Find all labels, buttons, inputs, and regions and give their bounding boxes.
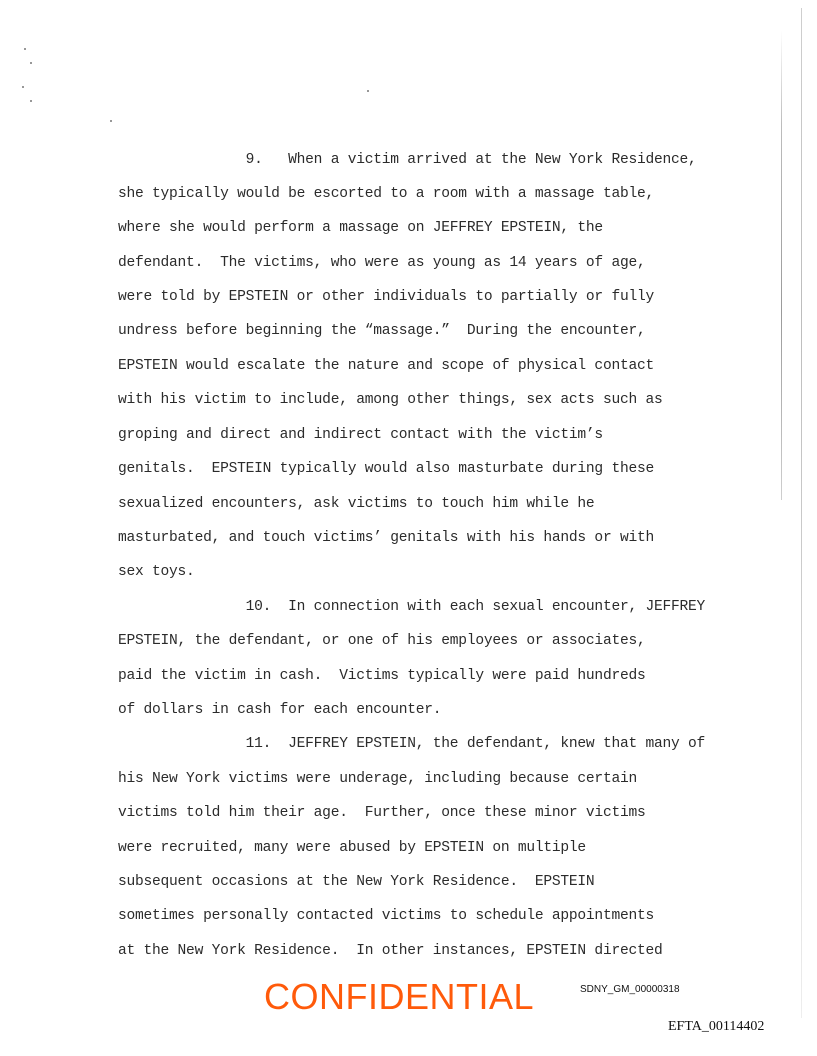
bates-number: SDNY_GM_00000318 xyxy=(580,984,680,995)
text-line: sometimes personally contacted victims t… xyxy=(118,908,654,924)
scan-speck xyxy=(24,48,26,50)
scan-speck xyxy=(30,62,32,64)
confidential-stamp: CONFIDENTIAL xyxy=(264,976,534,1018)
scan-speck xyxy=(30,100,32,102)
scan-edge-artifact xyxy=(801,8,802,1018)
efta-number: EFTA_00114402 xyxy=(668,1019,764,1035)
text-line: subsequent occasions at the New York Res… xyxy=(118,874,594,890)
scan-speck xyxy=(110,120,112,122)
text-line: sex toys. xyxy=(118,564,195,580)
text-line: his New York victims were underage, incl… xyxy=(118,771,637,787)
text-line: she typically would be escorted to a roo… xyxy=(118,186,654,202)
text-line: of dollars in cash for each encounter. xyxy=(118,702,441,718)
text-line: sexualized encounters, ask victims to to… xyxy=(118,496,594,512)
text-line-para-11-start: 11. JEFFREY EPSTEIN, the defendant, knew… xyxy=(118,736,705,752)
text-line: at the New York Residence. In other inst… xyxy=(118,943,663,959)
text-line: masturbated, and touch victims’ genitals… xyxy=(118,530,654,546)
text-line: undress before beginning the “massage.” … xyxy=(118,323,645,339)
text-line: were told by EPSTEIN or other individual… xyxy=(118,289,654,305)
text-line: EPSTEIN, the defendant, or one of his em… xyxy=(118,633,645,649)
text-line: paid the victim in cash. Victims typical… xyxy=(118,668,645,684)
text-line: groping and direct and indirect contact … xyxy=(118,427,603,443)
text-line: genitals. EPSTEIN typically would also m… xyxy=(118,461,654,477)
text-line: defendant. The victims, who were as youn… xyxy=(118,255,645,271)
scan-speck xyxy=(367,90,369,92)
text-line-para-10-start: 10. In connection with each sexual encou… xyxy=(118,599,705,615)
text-line: EPSTEIN would escalate the nature and sc… xyxy=(118,358,654,374)
document-page: 9. When a victim arrived at the New York… xyxy=(0,0,817,1056)
text-line: were recruited, many were abused by EPST… xyxy=(118,840,586,856)
text-line: victims told him their age. Further, onc… xyxy=(118,805,645,821)
text-line-para-9-start: 9. When a victim arrived at the New York… xyxy=(118,152,697,168)
text-line: with his victim to include, among other … xyxy=(118,392,663,408)
text-line: where she would perform a massage on JEF… xyxy=(118,220,603,236)
scan-speck xyxy=(22,86,24,88)
scan-edge-artifact xyxy=(781,30,782,500)
